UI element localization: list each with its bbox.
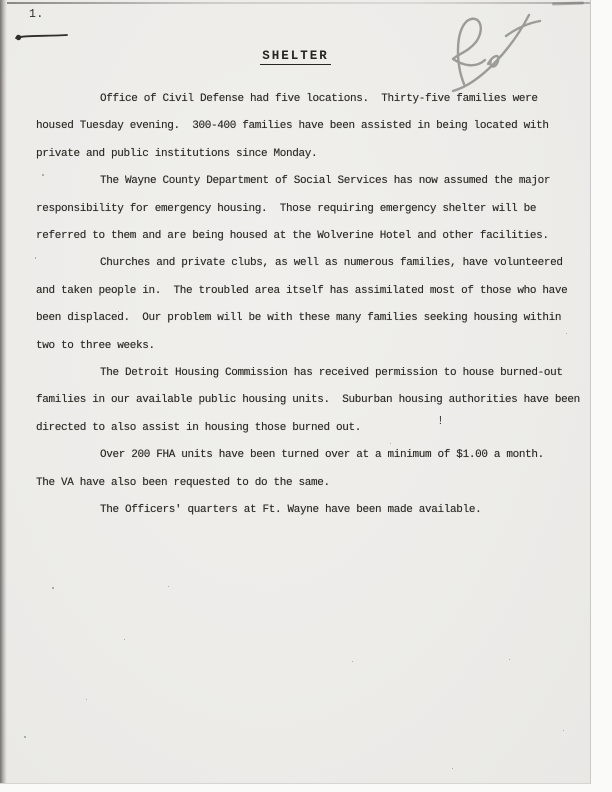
text-line: families in our available public housing… (36, 387, 584, 414)
speckle (168, 586, 169, 587)
speckle (52, 587, 54, 589)
text-line: The Wayne County Department of Social Se… (36, 168, 584, 195)
text-line: responsibility for emergency housing. Th… (36, 196, 584, 223)
text-line: Over 200 FHA units have been turned over… (36, 442, 584, 469)
page-number: 1. (29, 8, 44, 21)
paragraph-detroit-housing: The Detroit Housing Commission has recei… (36, 360, 584, 442)
text-line: The VA have also been requested to do th… (36, 470, 584, 497)
text-line: The Detroit Housing Commission has recei… (36, 360, 584, 387)
scanned-document-page: 1. SHELTER Office of Civil Defense had f… (0, 0, 612, 792)
speckle (566, 333, 567, 334)
document-body: Office of Civil Defense had five locatio… (36, 86, 584, 525)
speckle (509, 659, 510, 660)
text-line: two to three weeks. (36, 333, 584, 360)
text-line: directed to also assist in housing those… (36, 415, 584, 442)
text-line: Churches and private clubs, as well as n… (36, 250, 584, 277)
speckle (563, 730, 564, 731)
speckle (35, 257, 36, 259)
speckle (390, 443, 391, 444)
paragraph-wayne-county: The Wayne County Department of Social Se… (36, 168, 584, 250)
text-line: been displaced. Our problem will be with… (36, 305, 584, 332)
text-line: Office of Civil Defense had five locatio… (36, 86, 584, 113)
text-line: and taken people in. The troubled area i… (36, 278, 584, 305)
speckle (352, 661, 353, 662)
handwritten-riot-annotation (436, 2, 554, 96)
text-line: housed Tuesday evening. 300-400 families… (36, 113, 584, 140)
text-line: referred to them and are being housed at… (36, 223, 584, 250)
speckle (86, 699, 87, 700)
speckle (118, 311, 119, 312)
speckle (452, 768, 453, 769)
page-title: SHELTER (260, 49, 331, 65)
paragraph-churches-clubs: Churches and private clubs, as well as n… (36, 250, 584, 360)
text-line: private and public institutions since Mo… (36, 141, 584, 168)
margin-dash-mark (13, 31, 71, 43)
paragraph-shelter-locations: Office of Civil Defense had five locatio… (36, 86, 584, 168)
speckle (124, 639, 125, 640)
paragraph-fha-va: Over 200 FHA units have been turned over… (36, 442, 584, 497)
stray-exclamation-mark: ! (437, 415, 444, 428)
speckle (24, 736, 26, 738)
scan-left-edge-artifact (0, 0, 7, 783)
text-line: The Officers' quarters at Ft. Wayne have… (36, 497, 584, 524)
speckle (42, 174, 44, 176)
paragraph-ft-wayne: The Officers' quarters at Ft. Wayne have… (36, 497, 584, 524)
